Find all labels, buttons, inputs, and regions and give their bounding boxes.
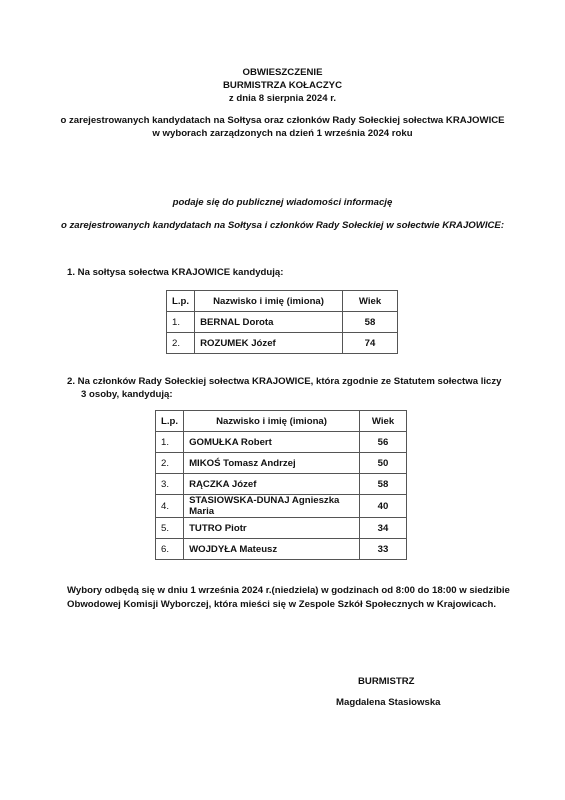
notice-subject-line1: o zarejestrowanych kandydatach na Sołtys…	[0, 115, 565, 127]
candidate-name: WOJDYŁA Mateusz	[184, 539, 360, 560]
candidate-name: RĄCZKA Józef	[184, 474, 360, 495]
closing-line1: Wybory odbędą się w dniu 1 września 2024…	[67, 585, 510, 597]
column-header-age: Wiek	[360, 411, 407, 432]
candidate-name: TUTRO Piotr	[184, 518, 360, 539]
table-row: 2.ROZUMEK Józef74	[167, 333, 398, 354]
notice-subject-line2: w wyborach zarządzonych na dzień 1 wrześ…	[0, 128, 565, 140]
candidate-age: 58	[343, 312, 398, 333]
candidate-age: 40	[360, 495, 407, 518]
table-row: 1.GOMUŁKA Robert56	[156, 432, 407, 453]
candidate-age: 58	[360, 474, 407, 495]
signature-name: Magdalena Stasiowska	[336, 697, 441, 709]
notice-title: OBWIESZCZENIE	[0, 67, 565, 79]
table-row: 5.TUTRO Piotr34	[156, 518, 407, 539]
candidate-age: 56	[360, 432, 407, 453]
candidate-name: BERNAL Dorota	[195, 312, 343, 333]
candidate-name: GOMUŁKA Robert	[184, 432, 360, 453]
row-number: 1.	[167, 312, 195, 333]
candidate-age: 50	[360, 453, 407, 474]
row-number: 3.	[156, 474, 184, 495]
candidate-name: MIKOŚ Tomasz Andrzej	[184, 453, 360, 474]
council-candidates-table: L.p. Nazwisko i imię (imiona) Wiek 1.GOM…	[155, 410, 407, 560]
column-header-age: Wiek	[343, 291, 398, 312]
column-header-name: Nazwisko i imię (imiona)	[184, 411, 360, 432]
candidate-name: STASIOWSKA-DUNAJ Agnieszka Maria	[184, 495, 360, 518]
section1-heading: 1. Na sołtysa sołectwa KRAJOWICE kandydu…	[67, 267, 283, 279]
column-header-lp: L.p.	[156, 411, 184, 432]
table-header-row: L.p. Nazwisko i imię (imiona) Wiek	[167, 291, 398, 312]
closing-line2: Obwodowej Komisji Wyborczej, która mieśc…	[67, 599, 496, 611]
table-row: 3.RĄCZKA Józef58	[156, 474, 407, 495]
section2-heading-line2: 3 osoby, kandydują:	[81, 389, 173, 401]
row-number: 4.	[156, 495, 184, 518]
candidate-age: 34	[360, 518, 407, 539]
row-number: 2.	[167, 333, 195, 354]
notice-date: z dnia 8 sierpnia 2024 r.	[0, 93, 565, 105]
table-row: 6.WOJDYŁA Mateusz33	[156, 539, 407, 560]
row-number: 1.	[156, 432, 184, 453]
table-row: 1.BERNAL Dorota58	[167, 312, 398, 333]
row-number: 2.	[156, 453, 184, 474]
signature-title: BURMISTRZ	[358, 676, 415, 688]
candidate-age: 74	[343, 333, 398, 354]
soltys-candidates-table: L.p. Nazwisko i imię (imiona) Wiek 1.BER…	[166, 290, 398, 354]
intro-line1: podaje się do publicznej wiadomości info…	[0, 197, 565, 209]
issuer: BURMISTRZA KOŁACZYC	[0, 80, 565, 92]
candidate-age: 33	[360, 539, 407, 560]
table-header-row: L.p. Nazwisko i imię (imiona) Wiek	[156, 411, 407, 432]
intro-line2: o zarejestrowanych kandydatach na Sołtys…	[0, 220, 565, 232]
row-number: 6.	[156, 539, 184, 560]
column-header-lp: L.p.	[167, 291, 195, 312]
column-header-name: Nazwisko i imię (imiona)	[195, 291, 343, 312]
row-number: 5.	[156, 518, 184, 539]
table-row: 2.MIKOŚ Tomasz Andrzej50	[156, 453, 407, 474]
candidate-name: ROZUMEK Józef	[195, 333, 343, 354]
table-row: 4.STASIOWSKA-DUNAJ Agnieszka Maria40	[156, 495, 407, 518]
section2-heading-line1: 2. Na członków Rady Sołeckiej sołectwa K…	[67, 376, 502, 388]
